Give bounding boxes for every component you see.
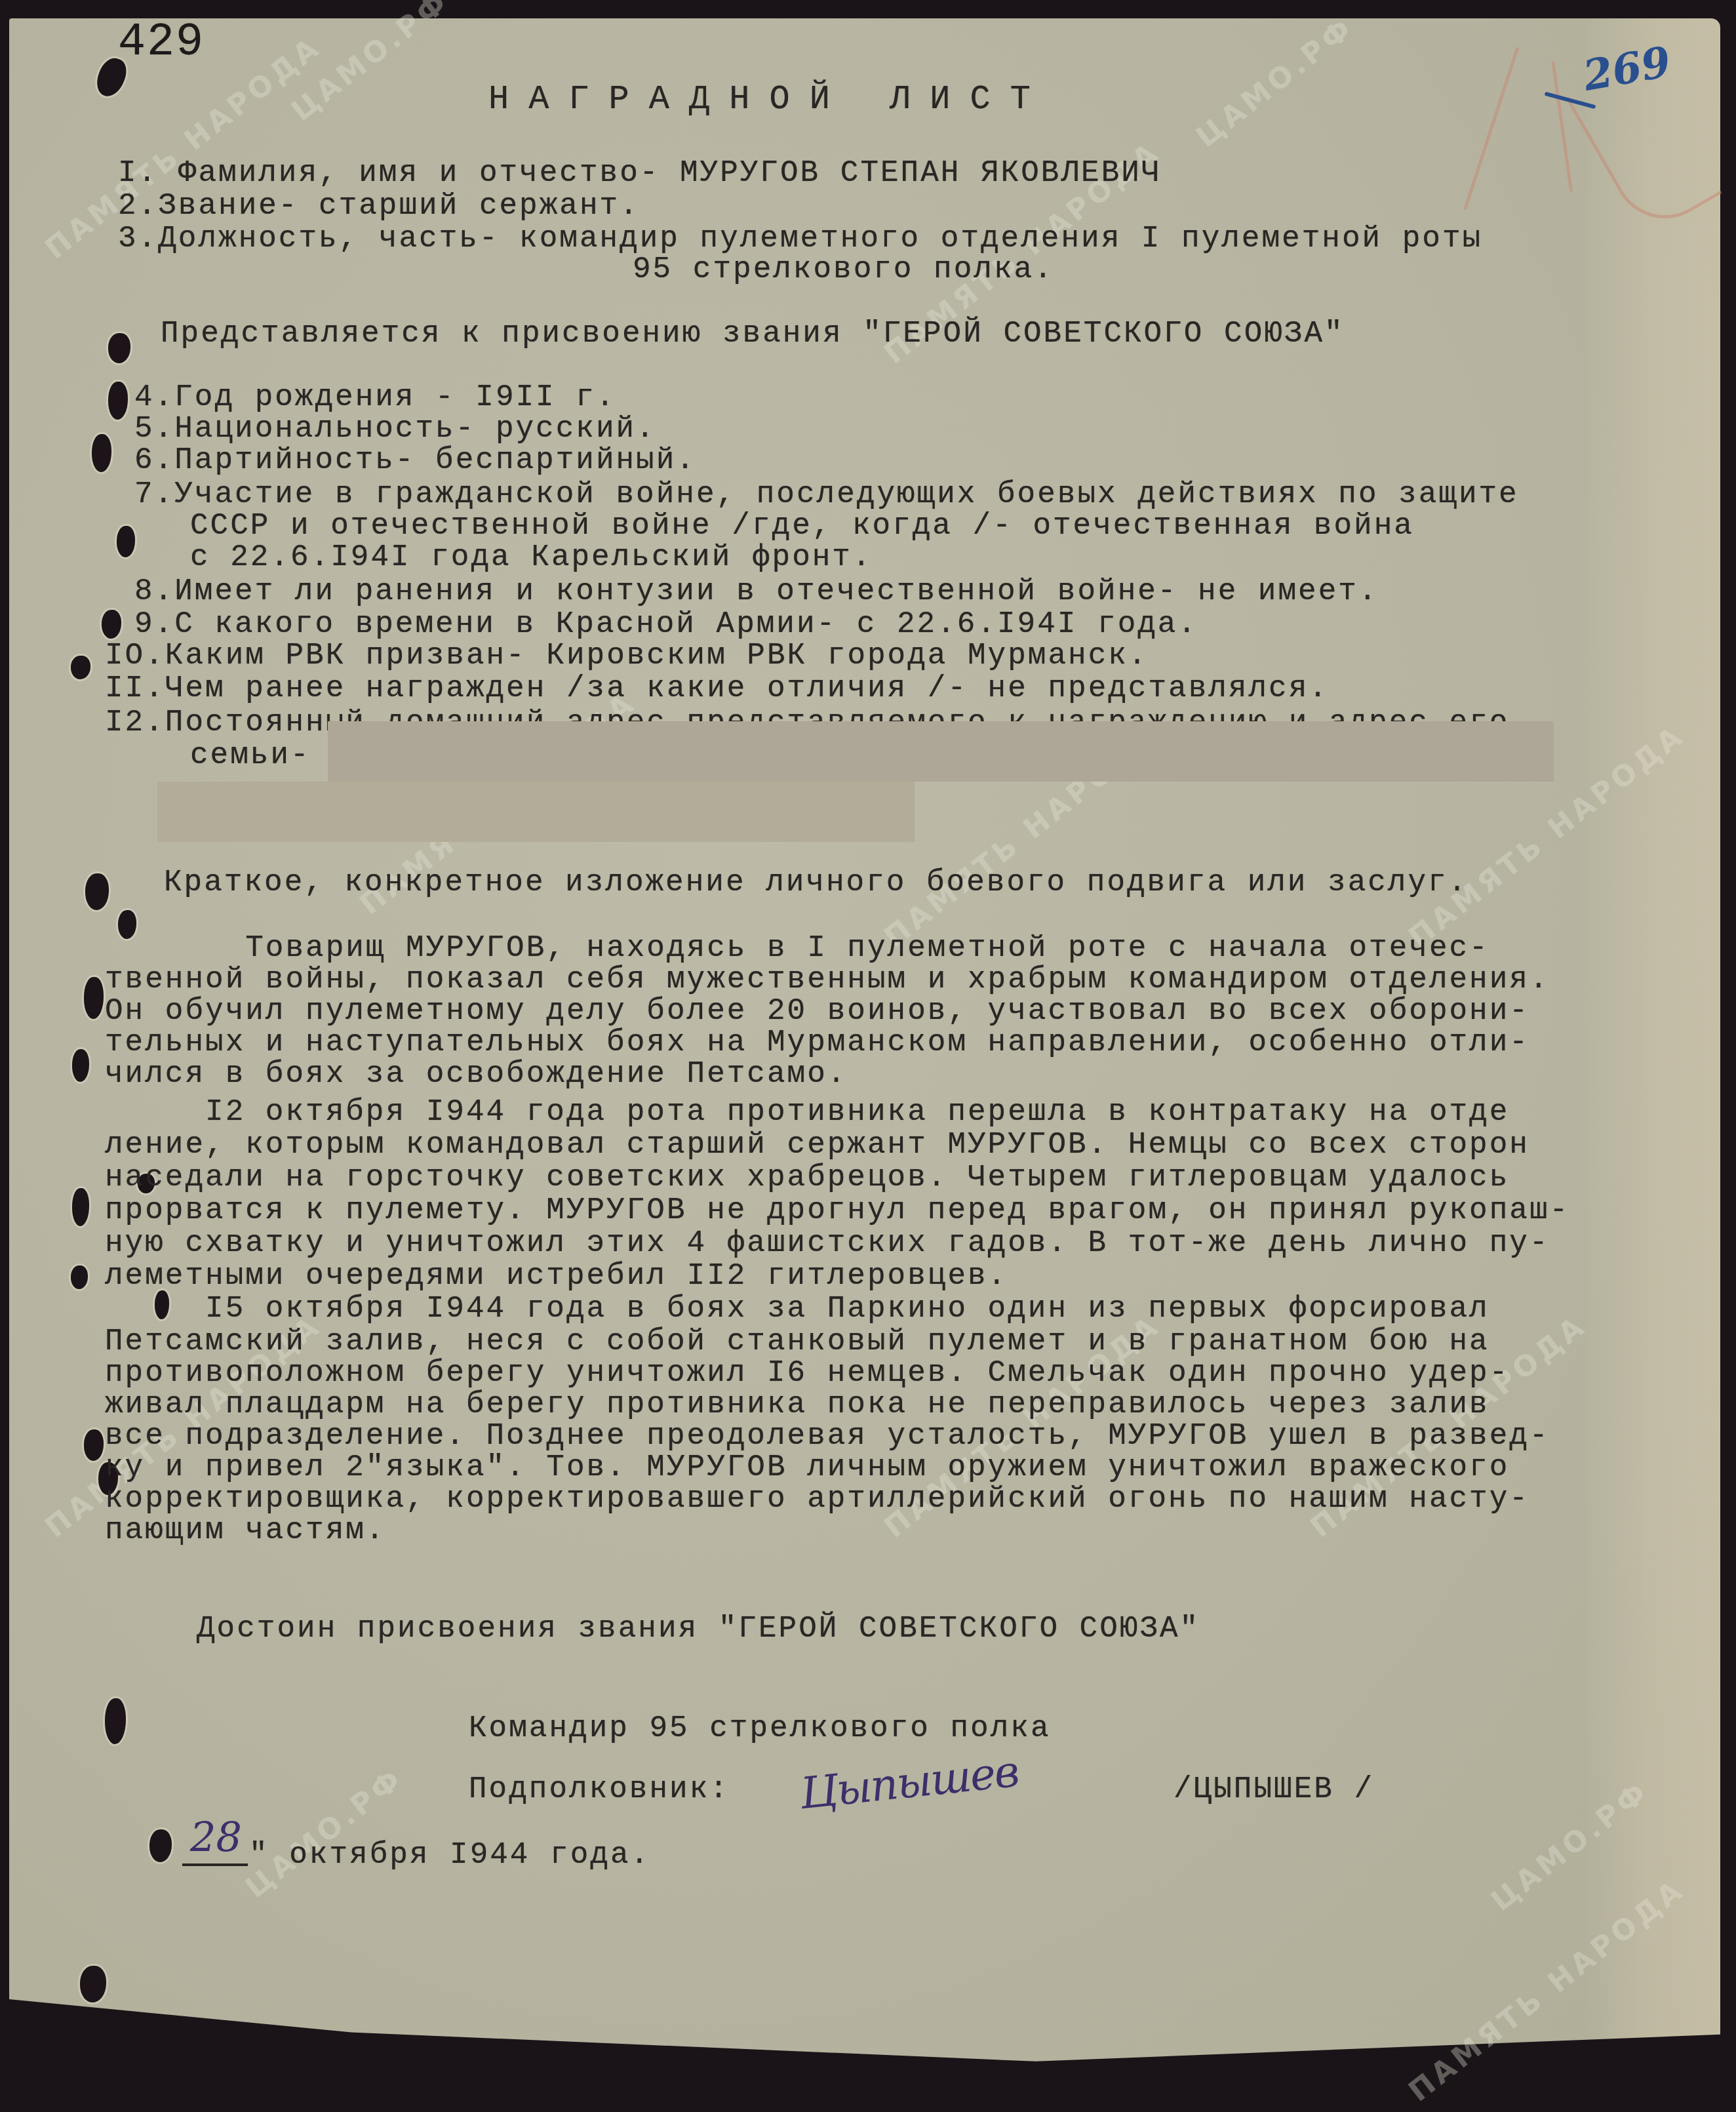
body-line: все подразделение. Позднее преодолевая у… [105,1420,1550,1452]
field-8: 8.Имеет ли ранения и контузии в отечеств… [134,576,1379,607]
handwritten-day: 28 [190,1813,242,1861]
summary-heading: Краткое, конкретное изложение личного бо… [164,867,1468,898]
body-line: твенной войны, показал себя мужественным… [105,964,1550,995]
body-line: живал плацдарм на берегу противника пока… [105,1389,1489,1420]
field-7: 7.Участие в гражданской войне, последующ… [134,479,1519,510]
body-line: корректировщика, корректировавшего артил… [105,1483,1529,1515]
field-6: 6.Партийность- беспартийный. [134,445,696,476]
field-7-line-3: с 22.6.I94I года Карельский фронт. [190,542,873,573]
archive-number: 429 [118,28,205,59]
field-5: 5.Национальность- русский. [134,413,656,445]
signer-rank: Подполковник: [469,1774,730,1805]
conclusion-line: Достоин присвоения звания "ГЕРОЙ СОВЕТСК… [197,1613,1200,1644]
field-10: IO.Каким РВК призван- Кировским РВК горо… [105,640,1148,671]
field-3-continued: 95 стрелкового полка. [633,254,1054,285]
field-4: 4.Год рождения - I9II г. [134,382,616,413]
field-12-line-2: семьи- [190,740,311,771]
redacted-address [328,721,1554,782]
body-line: противоположном берегу уничтожил I6 немц… [105,1357,1509,1389]
body-line: чился в боях за освобождение Петсамо. [105,1058,847,1090]
body-line: ную схватку и уничтожил этих 4 фашистски… [105,1227,1550,1259]
body-line: наседали на горсточку советских храбрецо… [105,1162,1509,1193]
body-line: I2 октября I944 года рота противника пер… [105,1096,1509,1128]
signer-position: Командир 95 стрелкового полка [469,1713,1051,1744]
field-7-line-2: СССР и отечественной войне /где, когда /… [190,510,1414,542]
date-underline [182,1863,248,1866]
field-2: 2.Звание- старший сержант. [118,190,640,222]
document-title: НАГРАДНОЙ ЛИСТ [488,84,1050,115]
signer-name: /ЦЫПЫШЕВ / [1174,1774,1374,1805]
date-text: " октября I944 года. [249,1839,650,1871]
field-3: 3.Должность, часть- командир пулеметного… [118,223,1482,254]
body-line: тельных и наступательных боях на Мурманс… [105,1027,1529,1058]
redacted-address [157,782,915,842]
nomination-line: Представляется к присвоению звания "ГЕРО… [161,318,1345,349]
body-line: Товарищ МУРУГОВ, находясь в I пулеметной… [105,932,1489,964]
body-line: прорватся к пулемету. МУРУГОВ не дрогнул… [105,1195,1569,1226]
body-line: Петсамский залив, неся с собой станковый… [105,1326,1489,1357]
field-11: II.Чем ранее награжден /за какие отличия… [105,673,1329,704]
body-line: пающим частям. [105,1515,385,1546]
body-line: I5 октября I944 года в боях за Паркино о… [105,1293,1489,1325]
field-1: I. Фамилия, имя и отчество- МУРУГОВ СТЕП… [118,157,1161,189]
body-line: ление, которым командовал старший сержан… [105,1129,1529,1161]
body-line: леметными очередями истребил II2 гитлеро… [105,1260,1008,1292]
field-9: 9.С какого времени в Красной Армии- с 22… [134,608,1198,640]
body-line: ку и привел 2"языка". Тов. МУРУГОВ личны… [105,1452,1509,1483]
body-line: Он обучил пулеметному делу более 20 воин… [105,995,1529,1027]
